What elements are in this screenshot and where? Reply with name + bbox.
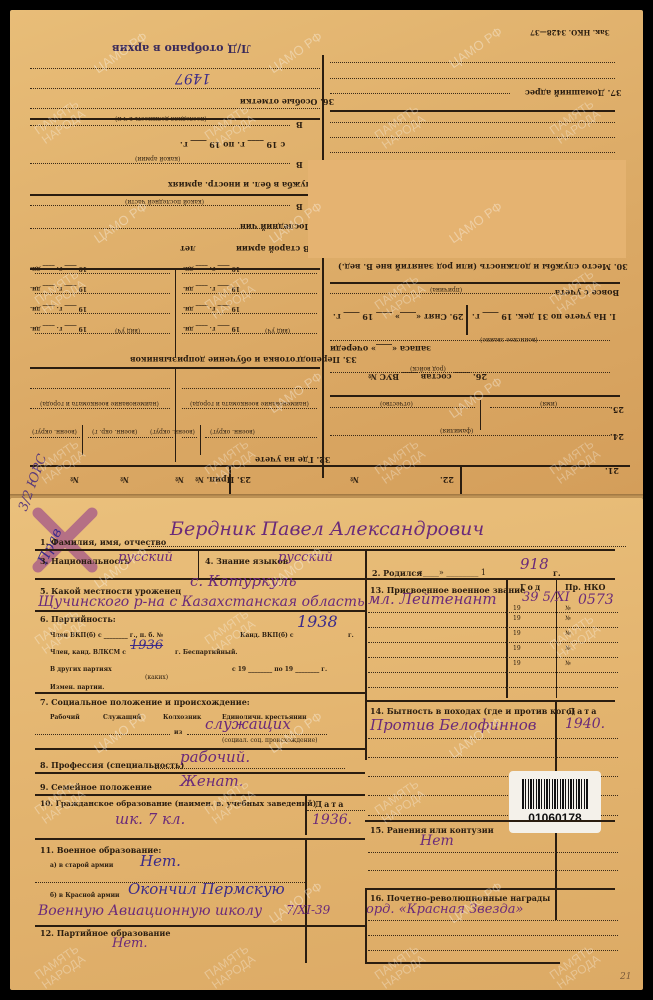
profession-value: рабочий. — [180, 748, 250, 766]
rank-value: мл. Лейтенант — [368, 590, 497, 608]
barcode-icon — [522, 779, 588, 809]
service-foreign-label: Служба в бел. и иностр. армиях — [168, 180, 318, 190]
field-26-label: 26. ____ состав ____ ВУС № — [368, 372, 487, 382]
red-army-education-date: 7/XI-39 — [286, 903, 330, 917]
rank-order-value: 0573 — [578, 592, 614, 608]
red-army-education-line2: Военную Авиационную школу — [38, 903, 262, 919]
birth-year-value: 918 — [520, 555, 549, 573]
civil-education-value: шк. 7 кл. — [115, 810, 185, 828]
field-14-label: 14. Бытность в походах (где и против ког… — [370, 706, 575, 716]
awards-value: орд. «Красная Звезда» — [366, 902, 523, 917]
field-9-label: 9. Семейное положение — [40, 782, 152, 792]
upper-divider-2 — [322, 220, 324, 478]
civil-education-date: 1936. — [312, 812, 352, 828]
rank-order-header: Пр. НКО — [565, 582, 606, 592]
languages-value: русский — [278, 550, 333, 565]
birthplace-line1: с. Котуркуль — [190, 572, 296, 590]
field-32-label: 32. Где на учете — [255, 455, 330, 465]
red-army-education-line1: Окончил Пермскую — [128, 880, 285, 898]
field-21-label: 21. — [605, 466, 619, 476]
rank-year-value: 39 5/XI — [522, 590, 570, 605]
campaign-value: Против Белофиннов — [370, 716, 537, 734]
field-37-label: 37. Домашний адрес — [525, 88, 621, 98]
field-28-label: I. На учете по 31 дек. 19 ____ г. — [472, 312, 616, 322]
field-36-label: 36. Особые отметки — [240, 97, 334, 107]
barcode-number: 01060178 — [509, 811, 601, 825]
archive-stamp: Л/Д отобрано в архив — [112, 42, 251, 55]
komsomol-year: 1936 — [130, 638, 163, 653]
field-7-label: 7. Социальное положение и происхождение: — [40, 697, 250, 707]
campaign-date-header: Дата — [568, 706, 598, 716]
nationality-value: русский — [118, 550, 173, 565]
full-name-value: Бердник Павел Александрович — [170, 518, 484, 540]
field-23-label: 23. Прип. № — [195, 475, 251, 485]
wounds-value: Нет — [420, 833, 454, 849]
field-4-label: 4. Знание языков — [205, 556, 288, 566]
field-3-label: 3. Национальность — [40, 556, 130, 566]
archive-stamp-number: 1497 — [175, 70, 211, 86]
field-2-label: 2. Родился — [372, 568, 422, 578]
field-29-label: 29. Снят «____» ____ 19 ____ г. — [333, 312, 464, 322]
field-10-label: 10. Гражданское образование (наимен. в. … — [40, 799, 316, 808]
field-12-label: 12. Партийное образование — [40, 928, 170, 938]
birthplace-line2: Щучинского р-на с Казахстанская область — [38, 594, 365, 610]
old-army-education-value: Нет. — [140, 852, 181, 870]
education-date-header: Дата — [315, 799, 345, 809]
social-origin-value: служащих — [205, 715, 291, 733]
marital-status-value: Женат. — [180, 772, 244, 790]
field-22-label: 22. — [440, 475, 454, 485]
party-education-value: Нет. — [112, 936, 148, 951]
redacted-area — [308, 160, 626, 258]
archive-barcode: 01060178 — [509, 771, 601, 833]
party-candidate-year: 1938 — [297, 612, 338, 631]
field-30-label: 30. Место службы и должность (или род за… — [338, 262, 628, 272]
form-code: Зак. НКО. 3428—37 — [530, 28, 610, 37]
field-33-label: 33. Переподготовка и обучение допризывни… — [130, 355, 357, 365]
campaign-date-value: 1940. — [565, 716, 605, 732]
page-mark: 21 — [620, 972, 631, 982]
field-6-label: 6. Партийность: — [40, 614, 116, 624]
